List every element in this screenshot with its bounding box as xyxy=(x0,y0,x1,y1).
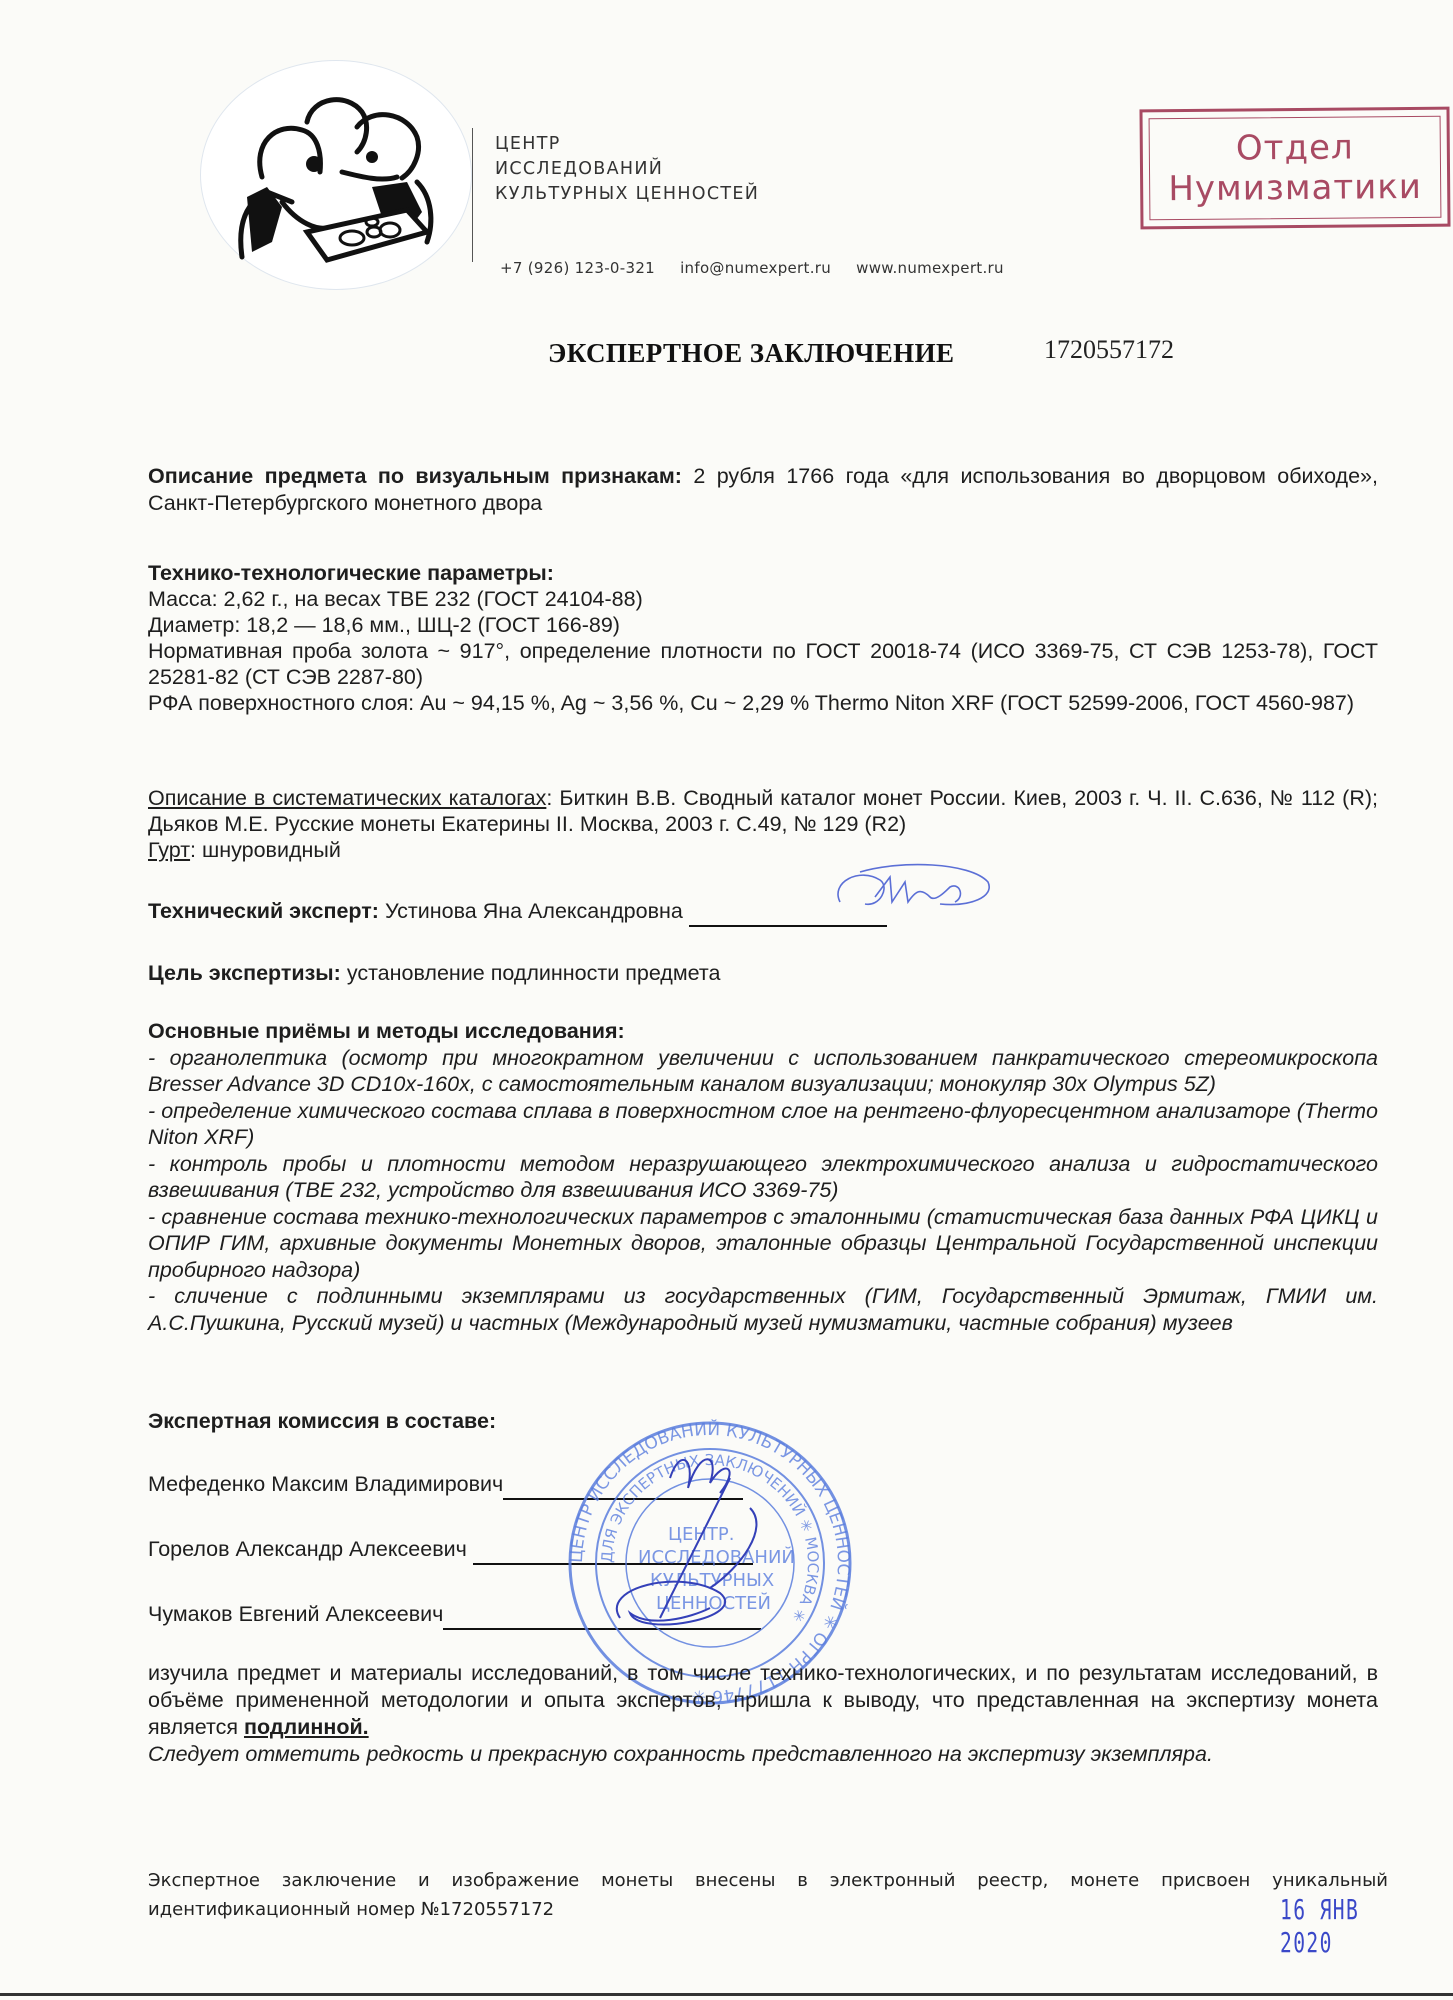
method-item: - сличение с подлинными экземплярами из … xyxy=(148,1283,1378,1336)
svg-text:ИССЛЕДОВАНИЙ: ИССЛЕДОВАНИЙ xyxy=(638,1546,795,1568)
bottom-edge xyxy=(0,1993,1453,1996)
examination-goal: Цель экспертизы: установление подлинност… xyxy=(148,960,720,987)
contacts-line: +7 (926) 123-0-321 info@numexpert.ru www… xyxy=(500,259,1024,277)
organization-name: ЦЕНТР ИССЛЕДОВАНИЙ КУЛЬТУРНЫХ ЦЕННОСТЕЙ xyxy=(495,132,759,207)
conclusion: изучила предмет и материалы исследований… xyxy=(148,1660,1378,1768)
technical-parameters: Технико-технологические параметры: Масса… xyxy=(148,560,1378,716)
date-stamp: 16 ЯНВ 2020 xyxy=(1280,1893,1401,1959)
commission-heading: Экспертная комиссия в составе: xyxy=(148,1408,496,1435)
header-divider xyxy=(472,128,473,262)
technical-expert: Технический эксперт: Устинова Яна Алекса… xyxy=(148,898,887,927)
document-number: 1720557172 xyxy=(1044,335,1174,365)
method-item: - контроль пробы и плотности методом нер… xyxy=(148,1151,1378,1204)
svg-text:ЦЕННОСТЕЙ: ЦЕННОСТЕЙ xyxy=(656,1592,771,1614)
phone-number: +7 (926) 123-0-321 xyxy=(500,259,655,277)
signature-icon xyxy=(820,862,1000,922)
verdict: подлинной. xyxy=(244,1715,369,1739)
email-link[interactable]: info@numexpert.ru xyxy=(680,259,831,277)
method-item: - определение химического состава сплава… xyxy=(148,1098,1378,1151)
registry-note: Экспертное заключение и изображение моне… xyxy=(148,1866,1388,1924)
conclusion-note: Следует отметить редкость и прекрасную с… xyxy=(148,1741,1378,1768)
method-item: - органолептика (осмотр при многократном… xyxy=(148,1045,1378,1098)
research-methods: Основные приёмы и методы исследования: -… xyxy=(148,1018,1378,1336)
catalog-references: Описание в систематических каталогах: Би… xyxy=(148,785,1378,863)
item-description: Описание предмета по визуальным признака… xyxy=(148,463,1378,517)
method-item: - сравнение состава технико-технологичес… xyxy=(148,1204,1378,1284)
website-link[interactable]: www.numexpert.ru xyxy=(856,259,1004,277)
experts-examining-coins-icon xyxy=(222,82,452,272)
department-stamp: Отдел Нумизматики xyxy=(1139,107,1450,230)
document-title: ЭКСПЕРТНОЕ ЗАКЛЮЧЕНИЕ xyxy=(548,338,954,369)
